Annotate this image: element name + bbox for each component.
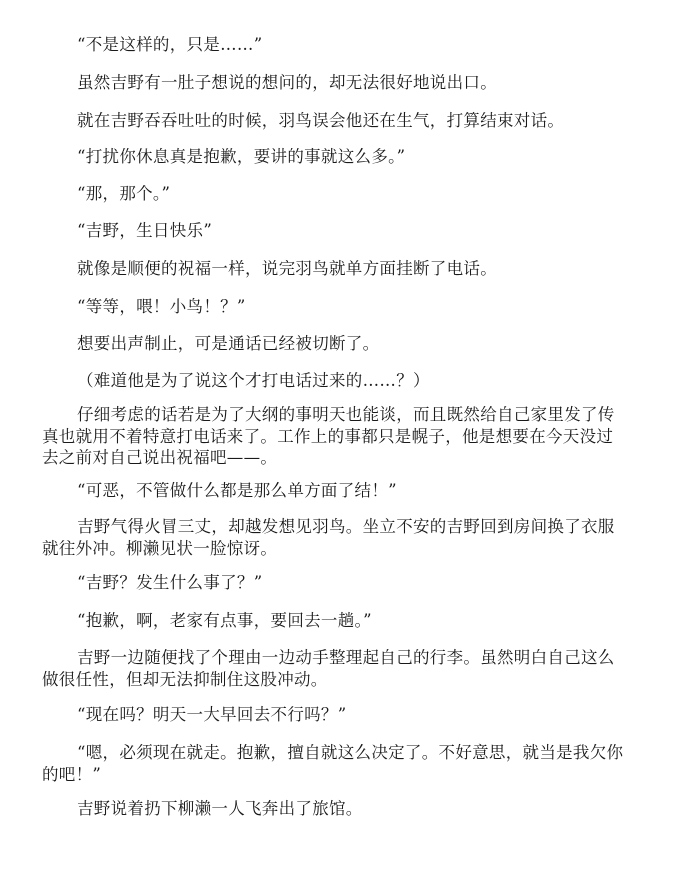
paragraph: 仔细考虑的话若是为了大纲的事明天也能谈，而且既然给自己家里发了传真也就用不着特意… (42, 404, 627, 469)
paragraph-dialogue: “打扰你休息真是抱歉，要讲的事就这么多。” (42, 146, 627, 168)
paragraph: 吉野气得火冒三丈，却越发想见羽鸟。坐立不安的吉野回到房间换了衣服就往外冲。柳濑见… (42, 516, 627, 559)
paragraph-dialogue: “吉野？发生什么事了？” (42, 572, 627, 594)
paragraph: 吉野一边随便找了个理由一边动手整理起自己的行李。虽然明白自己这么做很任性，但却无… (42, 647, 627, 690)
paragraph-dialogue: “现在吗？明天一大早回去不行吗？” (42, 704, 627, 726)
paragraph-thought: （难道他是为了说这个才打电话过来的……？） (42, 370, 627, 392)
paragraph: 就像是顺便的祝福一样，说完羽鸟就单方面挂断了电话。 (42, 258, 627, 280)
paragraph: 吉野说着扔下柳濑一人飞奔出了旅馆。 (42, 798, 627, 820)
paragraph-dialogue: “嗯，必须现在就走。抱歉，擅自就这么决定了。不好意思，就当是我欠你的吧！” (42, 742, 627, 785)
paragraph: 就在吉野吞吞吐吐的时候，羽鸟误会他还在生气，打算结束对话。 (42, 110, 627, 132)
paragraph: 虽然吉野有一肚子想说的想问的，却无法很好地说出口。 (42, 72, 627, 94)
paragraph-dialogue: “等等，喂！小鸟！？” (42, 296, 627, 318)
paragraph-dialogue: “那，那个。” (42, 183, 627, 205)
paragraph-dialogue: “可恶，不管做什么都是那么单方面了结！” (42, 480, 627, 502)
paragraph: 想要出声制止，可是通话已经被切断了。 (42, 333, 627, 355)
paragraph-dialogue: “不是这样的，只是……” (42, 34, 627, 56)
paragraph-dialogue: “抱歉，啊，老家有点事，要回去一趟。” (42, 610, 627, 632)
paragraph-dialogue: “吉野，生日快乐” (42, 220, 627, 242)
